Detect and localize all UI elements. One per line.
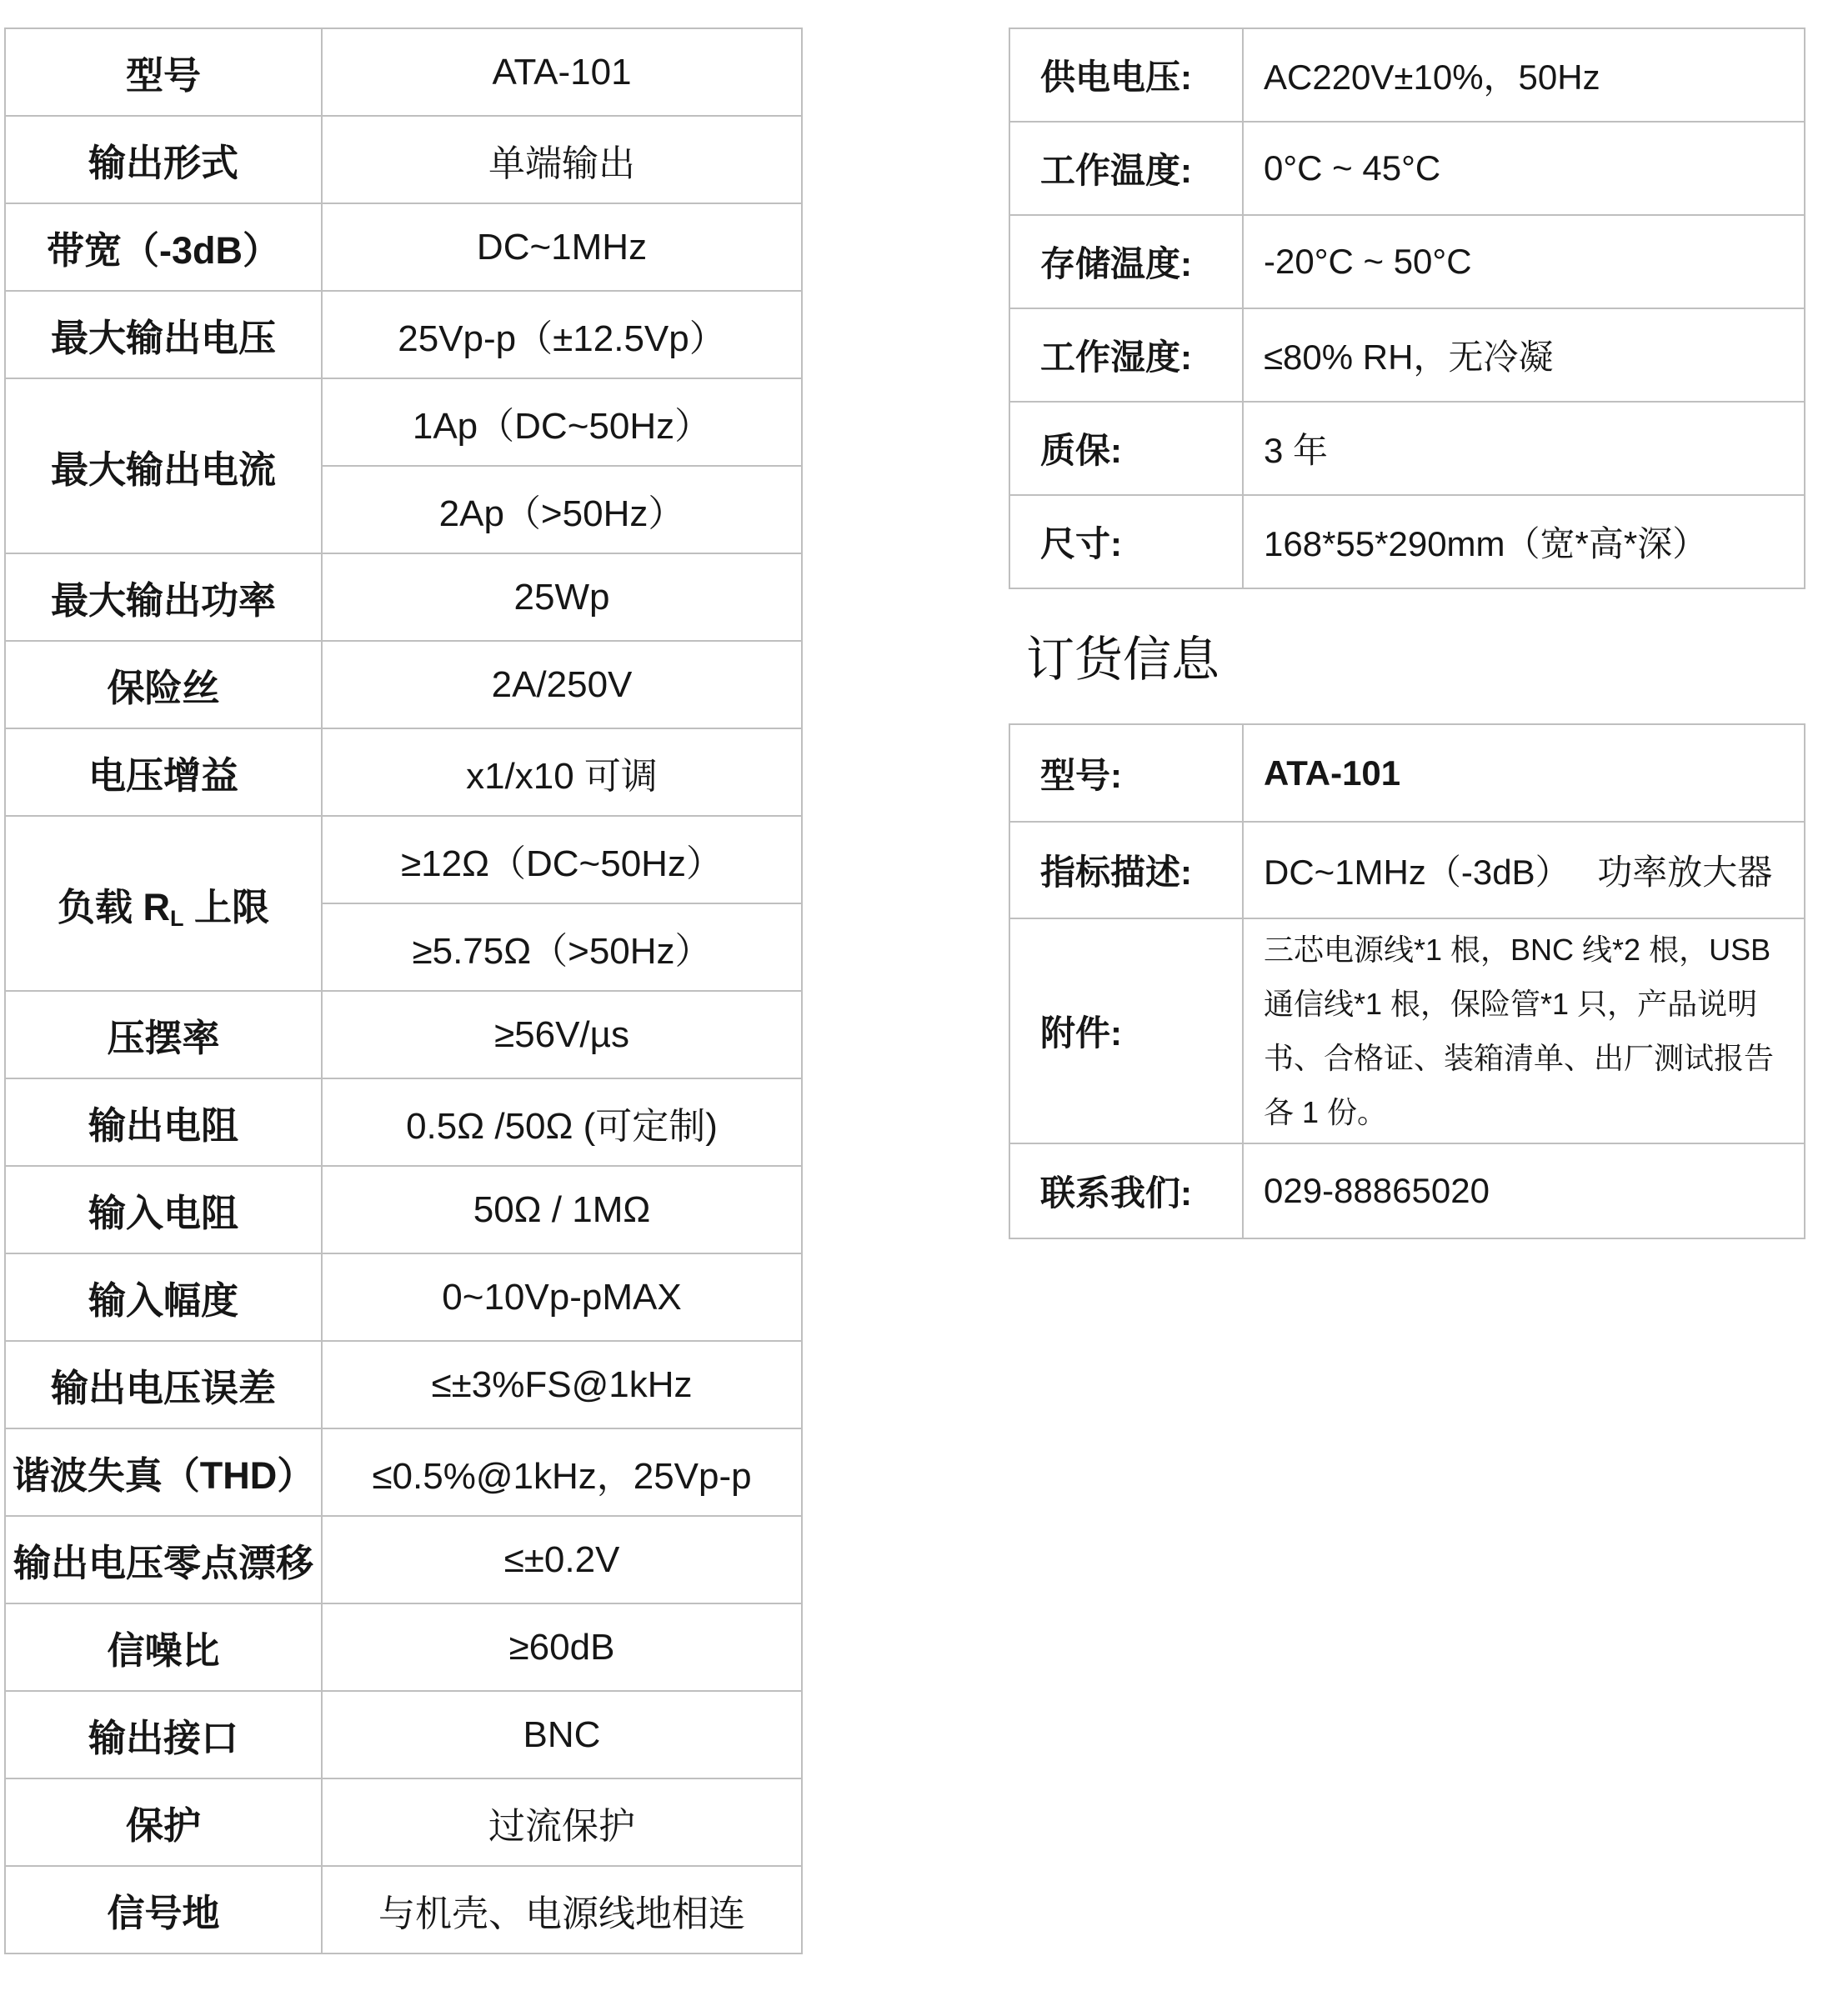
order-value-cell: ATA-101 <box>1243 724 1805 822</box>
table-row: 输出电压误差 ≤±3%FS@1kHz <box>5 1341 802 1428</box>
table-row: 存储温度: -20°C ~ 50°C <box>1009 215 1805 308</box>
table-row: 输出电压零点漂移 ≤±0.2V <box>5 1516 802 1603</box>
spec-label-cell: 信号地 <box>5 1866 322 1953</box>
spec-value-cell: 25Wp <box>322 553 802 641</box>
spec-label-cell: 负载 RL 上限 <box>5 816 322 991</box>
spec-value-cell: ≥12Ω（DC~50Hz） <box>322 816 802 903</box>
spec-label-cell: 电压增益 <box>5 728 322 816</box>
spec-label-cell: 输入幅度 <box>5 1253 322 1341</box>
spec-value-cell: ≤0.5%@1kHz，25Vp-p <box>322 1428 802 1516</box>
spec-label-cell: 输出电阻 <box>5 1078 322 1166</box>
env-label-cell: 质保: <box>1009 402 1243 495</box>
spec-label-cell: 带宽（-3dB） <box>5 203 322 291</box>
spec-value-cell: 过流保护 <box>322 1778 802 1866</box>
table-row: 最大输出功率 25Wp <box>5 553 802 641</box>
spec-value-cell: 0.5Ω /50Ω (可定制) <box>322 1078 802 1166</box>
order-value-cell: 029-88865020 <box>1243 1143 1805 1238</box>
spec-table: 型号 ATA-101 输出形式 单端输出 带宽（-3dB） DC~1MHz 最大… <box>4 28 803 1954</box>
spec-label-cell: 保护 <box>5 1778 322 1866</box>
table-row: 输入幅度 0~10Vp-pMAX <box>5 1253 802 1341</box>
spec-label-cell: 型号 <box>5 28 322 116</box>
table-row: 谐波失真（THD） ≤0.5%@1kHz，25Vp-p <box>5 1428 802 1516</box>
order-label-cell: 型号: <box>1009 724 1243 822</box>
spec-label-cell: 压摆率 <box>5 991 322 1078</box>
spec-sheet-page: { "theme": { "background": "#ffffff", "b… <box>0 0 1848 2011</box>
env-value-cell: 3 年 <box>1243 402 1805 495</box>
table-row: 电压增益 x1/x10 可调 <box>5 728 802 816</box>
spec-label-cell: 最大输出电压 <box>5 291 322 378</box>
table-row: 信噪比 ≥60dB <box>5 1603 802 1691</box>
spec-label-cell: 最大输出功率 <box>5 553 322 641</box>
spec-label-cell: 输出形式 <box>5 116 322 203</box>
table-row: 压摆率 ≥56V/µs <box>5 991 802 1078</box>
table-row: 最大输出电流 1Ap（DC~50Hz） <box>5 378 802 466</box>
spec-label-cell: 信噪比 <box>5 1603 322 1691</box>
env-value-cell: -20°C ~ 50°C <box>1243 215 1805 308</box>
spec-value-cell: x1/x10 可调 <box>322 728 802 816</box>
table-row: 负载 RL 上限 ≥12Ω（DC~50Hz） <box>5 816 802 903</box>
spec-label-cell: 输出接口 <box>5 1691 322 1778</box>
order-table: 型号: ATA-101 指标描述: DC~1MHz（-3dB） 功率放大器 附件… <box>1009 723 1805 1239</box>
table-row: 信号地 与机壳、电源线地相连 <box>5 1866 802 1953</box>
table-row: 联系我们: 029-88865020 <box>1009 1143 1805 1238</box>
spec-value-cell: BNC <box>322 1691 802 1778</box>
order-label-cell: 联系我们: <box>1009 1143 1243 1238</box>
spec-label-cell: 输入电阻 <box>5 1166 322 1253</box>
table-row: 最大输出电压 25Vp-p（±12.5Vp） <box>5 291 802 378</box>
table-row: 指标描述: DC~1MHz（-3dB） 功率放大器 <box>1009 822 1805 918</box>
env-value-cell: 0°C ~ 45°C <box>1243 122 1805 215</box>
table-row: 质保: 3 年 <box>1009 402 1805 495</box>
spec-value-cell: 2A/250V <box>322 641 802 728</box>
table-row: 附件: 三芯电源线*1 根，BNC 线*2 根，USB 通信线*1 根，保险管*… <box>1009 918 1805 1143</box>
spec-label-cell: 输出电压零点漂移 <box>5 1516 322 1603</box>
spec-label-subscript: L <box>170 905 184 930</box>
spec-label-cell: 最大输出电流 <box>5 378 322 553</box>
table-row: 输出形式 单端输出 <box>5 116 802 203</box>
env-value-cell: AC220V±10%，50Hz <box>1243 28 1805 122</box>
env-label-cell: 尺寸: <box>1009 495 1243 588</box>
spec-value-cell: 50Ω / 1MΩ <box>322 1166 802 1253</box>
spec-value-cell: DC~1MHz <box>322 203 802 291</box>
table-row: 尺寸: 168*55*290mm（宽*高*深） <box>1009 495 1805 588</box>
env-value-cell: 168*55*290mm（宽*高*深） <box>1243 495 1805 588</box>
spec-value-cell: 单端输出 <box>322 116 802 203</box>
table-row: 供电电压: AC220V±10%，50Hz <box>1009 28 1805 122</box>
env-label-cell: 供电电压: <box>1009 28 1243 122</box>
order-value-cell: DC~1MHz（-3dB） 功率放大器 <box>1243 822 1805 918</box>
order-label-cell: 附件: <box>1009 918 1243 1143</box>
env-label-cell: 工作湿度: <box>1009 308 1243 402</box>
env-label-cell: 工作温度: <box>1009 122 1243 215</box>
spec-value-cell: 25Vp-p（±12.5Vp） <box>322 291 802 378</box>
spec-label-text: 上限 <box>184 886 270 928</box>
spec-value-cell: 0~10Vp-pMAX <box>322 1253 802 1341</box>
env-label-cell: 存储温度: <box>1009 215 1243 308</box>
table-row: 带宽（-3dB） DC~1MHz <box>5 203 802 291</box>
spec-value-cell: ≤±3%FS@1kHz <box>322 1341 802 1428</box>
spec-label-cell: 保险丝 <box>5 641 322 728</box>
spec-label-cell: 谐波失真（THD） <box>5 1428 322 1516</box>
spec-value-cell: ≥5.75Ω（>50Hz） <box>322 903 802 991</box>
table-row: 输入电阻 50Ω / 1MΩ <box>5 1166 802 1253</box>
spec-label-text: 负载 R <box>58 886 170 928</box>
spec-value-cell: ≥56V/µs <box>322 991 802 1078</box>
table-row: 保险丝 2A/250V <box>5 641 802 728</box>
env-table: 供电电压: AC220V±10%，50Hz 工作温度: 0°C ~ 45°C 存… <box>1009 28 1805 589</box>
spec-value-cell: ≤±0.2V <box>322 1516 802 1603</box>
spec-value-cell: 与机壳、电源线地相连 <box>322 1866 802 1953</box>
spec-value-cell: ≥60dB <box>322 1603 802 1691</box>
spec-label-cell: 输出电压误差 <box>5 1341 322 1428</box>
env-value-cell: ≤80% RH，无冷凝 <box>1243 308 1805 402</box>
table-row: 型号: ATA-101 <box>1009 724 1805 822</box>
table-row: 输出电阻 0.5Ω /50Ω (可定制) <box>5 1078 802 1166</box>
order-label-cell: 指标描述: <box>1009 822 1243 918</box>
table-row: 保护 过流保护 <box>5 1778 802 1866</box>
spec-value-cell: ATA-101 <box>322 28 802 116</box>
table-row: 型号 ATA-101 <box>5 28 802 116</box>
table-row: 工作温度: 0°C ~ 45°C <box>1009 122 1805 215</box>
spec-value-cell: 2Ap（>50Hz） <box>322 466 802 553</box>
order-value-cell: 三芯电源线*1 根，BNC 线*2 根，USB 通信线*1 根，保险管*1 只，… <box>1243 918 1805 1143</box>
table-row: 输出接口 BNC <box>5 1691 802 1778</box>
spec-value-cell: 1Ap（DC~50Hz） <box>322 378 802 466</box>
table-row: 工作湿度: ≤80% RH，无冷凝 <box>1009 308 1805 402</box>
order-info-heading: 订货信息 <box>1026 631 1219 689</box>
